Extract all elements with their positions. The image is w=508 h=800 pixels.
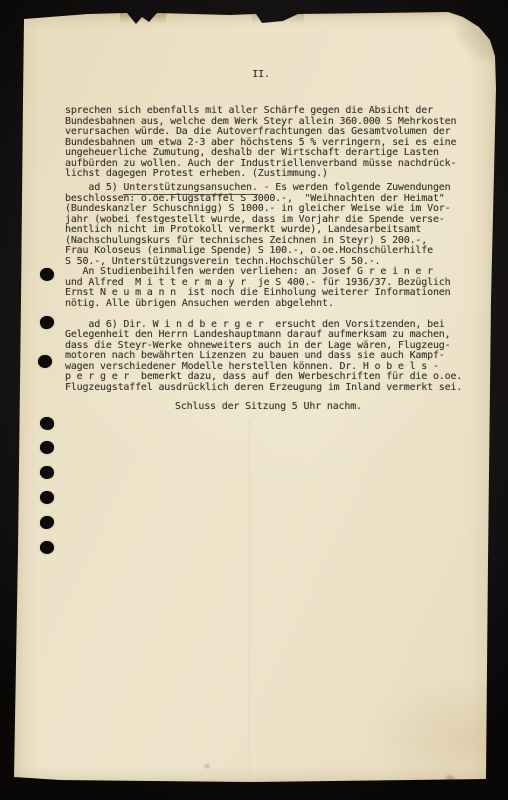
text-line: p e r g e r bemerkt dazu, dass auf den W… xyxy=(65,372,469,383)
page-number: II. xyxy=(65,69,457,80)
punch-hole xyxy=(39,267,55,281)
fold-crease xyxy=(248,420,253,772)
text-line: An Studienbeihilfen werden verliehen: an… xyxy=(65,267,469,278)
page-text: sprechen sich ebenfalls mit aller Schärf… xyxy=(65,106,469,413)
text-line: Frau Koloseus (einmalige Spende) S 100.-… xyxy=(65,246,469,257)
torn-edge-center xyxy=(252,13,304,26)
text-line: ungeheuerliche Zumutung, deshalb der Wir… xyxy=(65,148,469,159)
punch-hole xyxy=(40,441,54,454)
text-line: Ernst N e u m a n n ist noch die Einholu… xyxy=(65,288,469,299)
paragraph-ad-6-windberger: ad 6) Dir. W i n d b e r g e r ersucht d… xyxy=(65,320,469,394)
folded-corner xyxy=(438,12,500,96)
punch-hole xyxy=(38,355,52,368)
closing-line: Schluss der Sitzung 5 Uhr nachm. xyxy=(175,402,469,413)
punch-hole xyxy=(40,541,54,554)
text-line: Flugzeugstaffel ausdrücklich deren Erzeu… xyxy=(65,383,469,394)
punch-hole xyxy=(40,516,54,529)
text-line: nötig. Alle übrigen Ansuchen werden abge… xyxy=(65,299,469,310)
paragraph-ad-5-unterstuetzungsansuchen: ad 5) Unterstützungsansuchen. - Es werde… xyxy=(65,183,469,267)
text-line: (Bundeskanzler Schuschnigg) S 1000.- in … xyxy=(65,204,469,215)
punch-hole xyxy=(40,491,54,504)
text-line: hentlich nicht im Protokoll vermerkt wur… xyxy=(65,225,469,236)
document-page: II. sprechen sich ebenfalls mit aller Sc… xyxy=(14,12,498,784)
text-line: sprechen sich ebenfalls mit aller Schärf… xyxy=(65,106,469,117)
text-line: motoren nach bewährten Lizenzen zu bauen… xyxy=(65,351,469,362)
text-line: lichst dagegen Protest erheben. (Zustimm… xyxy=(65,169,469,180)
text-line: Gelegenheit den Herrn Landeshauptmann da… xyxy=(65,330,469,341)
archive-photo-backdrop: II. sprechen sich ebenfalls mit aller Sc… xyxy=(0,0,508,800)
punch-hole xyxy=(40,417,54,430)
punch-hole xyxy=(39,314,56,330)
paragraph-continuation-protest: sprechen sich ebenfalls mit aller Schärf… xyxy=(65,106,469,180)
punch-hole xyxy=(39,465,54,479)
torn-edge-left xyxy=(120,13,166,26)
text-line: verursachen würde. Da die Autoverfrachtu… xyxy=(65,127,469,138)
paragraph-studienbeihilfen: An Studienbeihilfen werden verliehen: an… xyxy=(65,267,469,309)
text-line: ad 5) Unterstützungsansuchen. - Es werde… xyxy=(65,183,469,194)
